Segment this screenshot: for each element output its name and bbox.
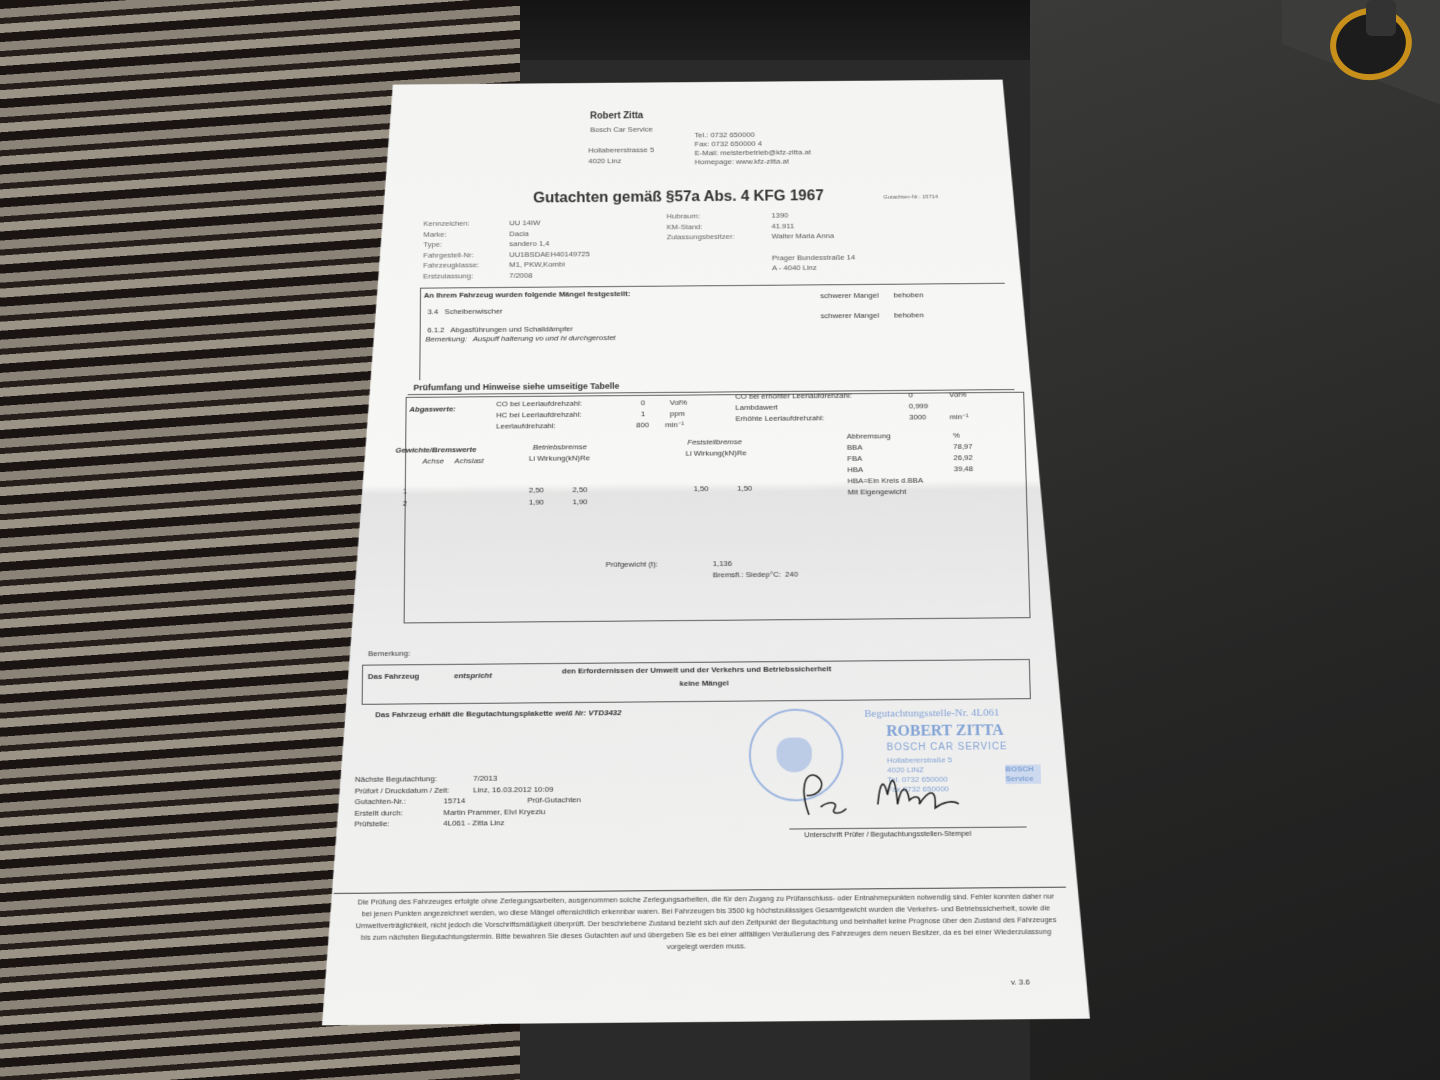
- stamp-service: BOSCH CAR SERVICE: [887, 742, 1008, 754]
- defect-item: 6.1.2 Abgasführungen und Schalldämpfer: [427, 325, 573, 334]
- version: v. 3.6: [1011, 978, 1030, 987]
- verdict-sub: keine Mängel: [679, 679, 728, 688]
- seatbelt-buckle: [1366, 0, 1396, 36]
- service-brake-label: Betriebsbremse: [533, 443, 587, 452]
- seat-fabric-right: [1030, 0, 1440, 1080]
- defect-item: 3.4 Scheibenwischer: [428, 307, 503, 316]
- service-brake-wirkung: Li Wirkung(kN)Re: [529, 454, 590, 463]
- parking-brake-wirkung: Li Wirkung(kN)Re: [686, 449, 747, 458]
- defect-remark: Bemerkung: Auspuff halterung vo und hi d…: [425, 334, 615, 344]
- signature-label: Unterschrift Prüfer / Begutachtungsstell…: [804, 829, 971, 839]
- defects-heading: An Ihrem Fahrzeug wurden folgende Mängel…: [424, 290, 630, 300]
- inspection-document: Robert Zitta Bosch Car Service Hollabere…: [322, 79, 1090, 1025]
- verdict-result: entspricht: [454, 671, 492, 680]
- stamp-name: ROBERT ZITTA: [886, 722, 1004, 740]
- signature: [788, 765, 1026, 825]
- scope-heading: Prüfumfang und Hinweise siehe umseitige …: [413, 381, 619, 392]
- brakes-heading: Gewichte/Bremswerte: [395, 445, 476, 454]
- plakette: Das Fahrzeug erhält die Begutachtungspla…: [375, 708, 621, 719]
- brake-rows: 12,502,501,501,50 21,901,90: [403, 482, 753, 509]
- company-contact: Tel.: 0732 650000 Fax: 0732 650000 4 E-M…: [694, 130, 811, 167]
- siedepunkt: Bremsfl.: Siedep°C: 240: [713, 570, 799, 579]
- brakes-col-achse: Achse Achslast: [422, 457, 483, 466]
- disclaimer-text: Die Prüfung des Fahrzeuges erfolgte ohne…: [353, 891, 1060, 956]
- defect-severity: schwerer Mangel behoben: [820, 291, 923, 300]
- company-name: Robert Zitta: [590, 111, 643, 121]
- parking-brake-label: Feststellbremse: [687, 438, 742, 447]
- gutachten-nr-top: Gutachten-Nr.: 15714: [883, 195, 938, 201]
- company-address: Hollabererstrasse 5 4020 Linz: [588, 145, 654, 167]
- emissions-right: CO bei erhöhter Leerlaufdrehzahl:0Vol% L…: [735, 389, 969, 424]
- footer-info: Nächste Begutachtung:7/2013 Prüfort / Dr…: [354, 772, 581, 830]
- document-title: Gutachten gemäß §57a Abs. 4 KFG 1967: [533, 188, 824, 207]
- abbremsung: Abbremsung% BBA78,97 FBA26,92 HBA39,48 H…: [847, 430, 974, 498]
- company-subtitle: Bosch Car Service: [590, 125, 653, 134]
- emissions-label: Abgaswerte:: [409, 405, 455, 414]
- defect-severity: schwerer Mangel behoben: [821, 311, 924, 320]
- pruefgewicht: Prüfgewicht (t):1,136: [606, 559, 733, 569]
- stamp-station: Begutachtungsstelle-Nr. 4L061: [864, 707, 999, 720]
- remark-label: Bemerkung:: [368, 649, 410, 658]
- emissions-left: CO bei Leerlaufdrehzahl:0Vol% HC bei Lee…: [496, 397, 687, 432]
- verdict-subject: Das Fahrzeug: [368, 672, 419, 681]
- vehicle-details-right: Hubraum:1390 KM-Stand:41.911 Zulassungsb…: [666, 210, 855, 275]
- vehicle-details-left: Kennzeichen:UU 14IW Marke:Dacia Type:san…: [423, 217, 590, 281]
